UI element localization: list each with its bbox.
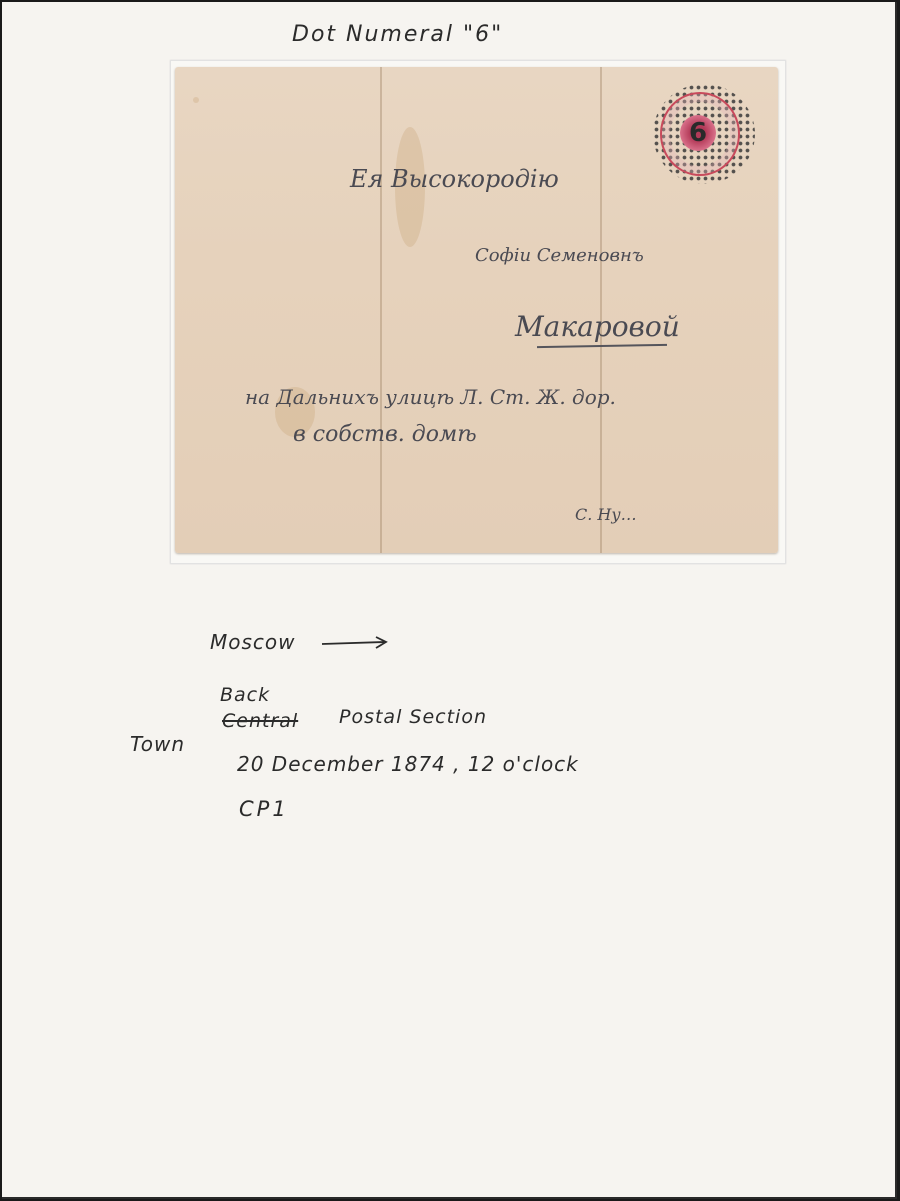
page-title-note: Dot Numeral "6"	[292, 22, 503, 47]
back-label: Back	[220, 684, 270, 706]
address-line-honorific: Ея Высокородiю	[350, 165, 559, 193]
postmark-date: 20 December 1874 , 12 o'clock	[237, 752, 579, 776]
address-line-surname: Макаровой	[515, 310, 680, 343]
origin-note: Moscow	[210, 630, 296, 654]
album-page: Dot Numeral "6" 6 Ея Высокородiю Софiи С…	[2, 2, 897, 1199]
surname-underline	[537, 344, 667, 348]
address-line-name: Софiи Семеновнъ	[475, 245, 644, 266]
fold-line	[380, 67, 382, 553]
catalog-code: CP1	[239, 797, 289, 821]
struck-out-word: Central	[222, 710, 298, 732]
address-line-house: в собств. домѣ	[293, 422, 477, 447]
postal-section-label: Postal Section	[339, 706, 487, 728]
sender-signature: С. Ну…	[575, 505, 637, 524]
arrow-right-icon	[320, 636, 390, 650]
double-eagle-icon: 6	[680, 115, 716, 151]
stain-spot	[193, 97, 199, 103]
town-label: Town	[130, 732, 185, 756]
address-line-street: на Дальнихъ улицѣ Л. Ст. Ж. дор.	[245, 385, 616, 409]
postal-envelope: 6 Ея Высокородiю Софiи Семеновнъ Макаров…	[175, 67, 778, 553]
